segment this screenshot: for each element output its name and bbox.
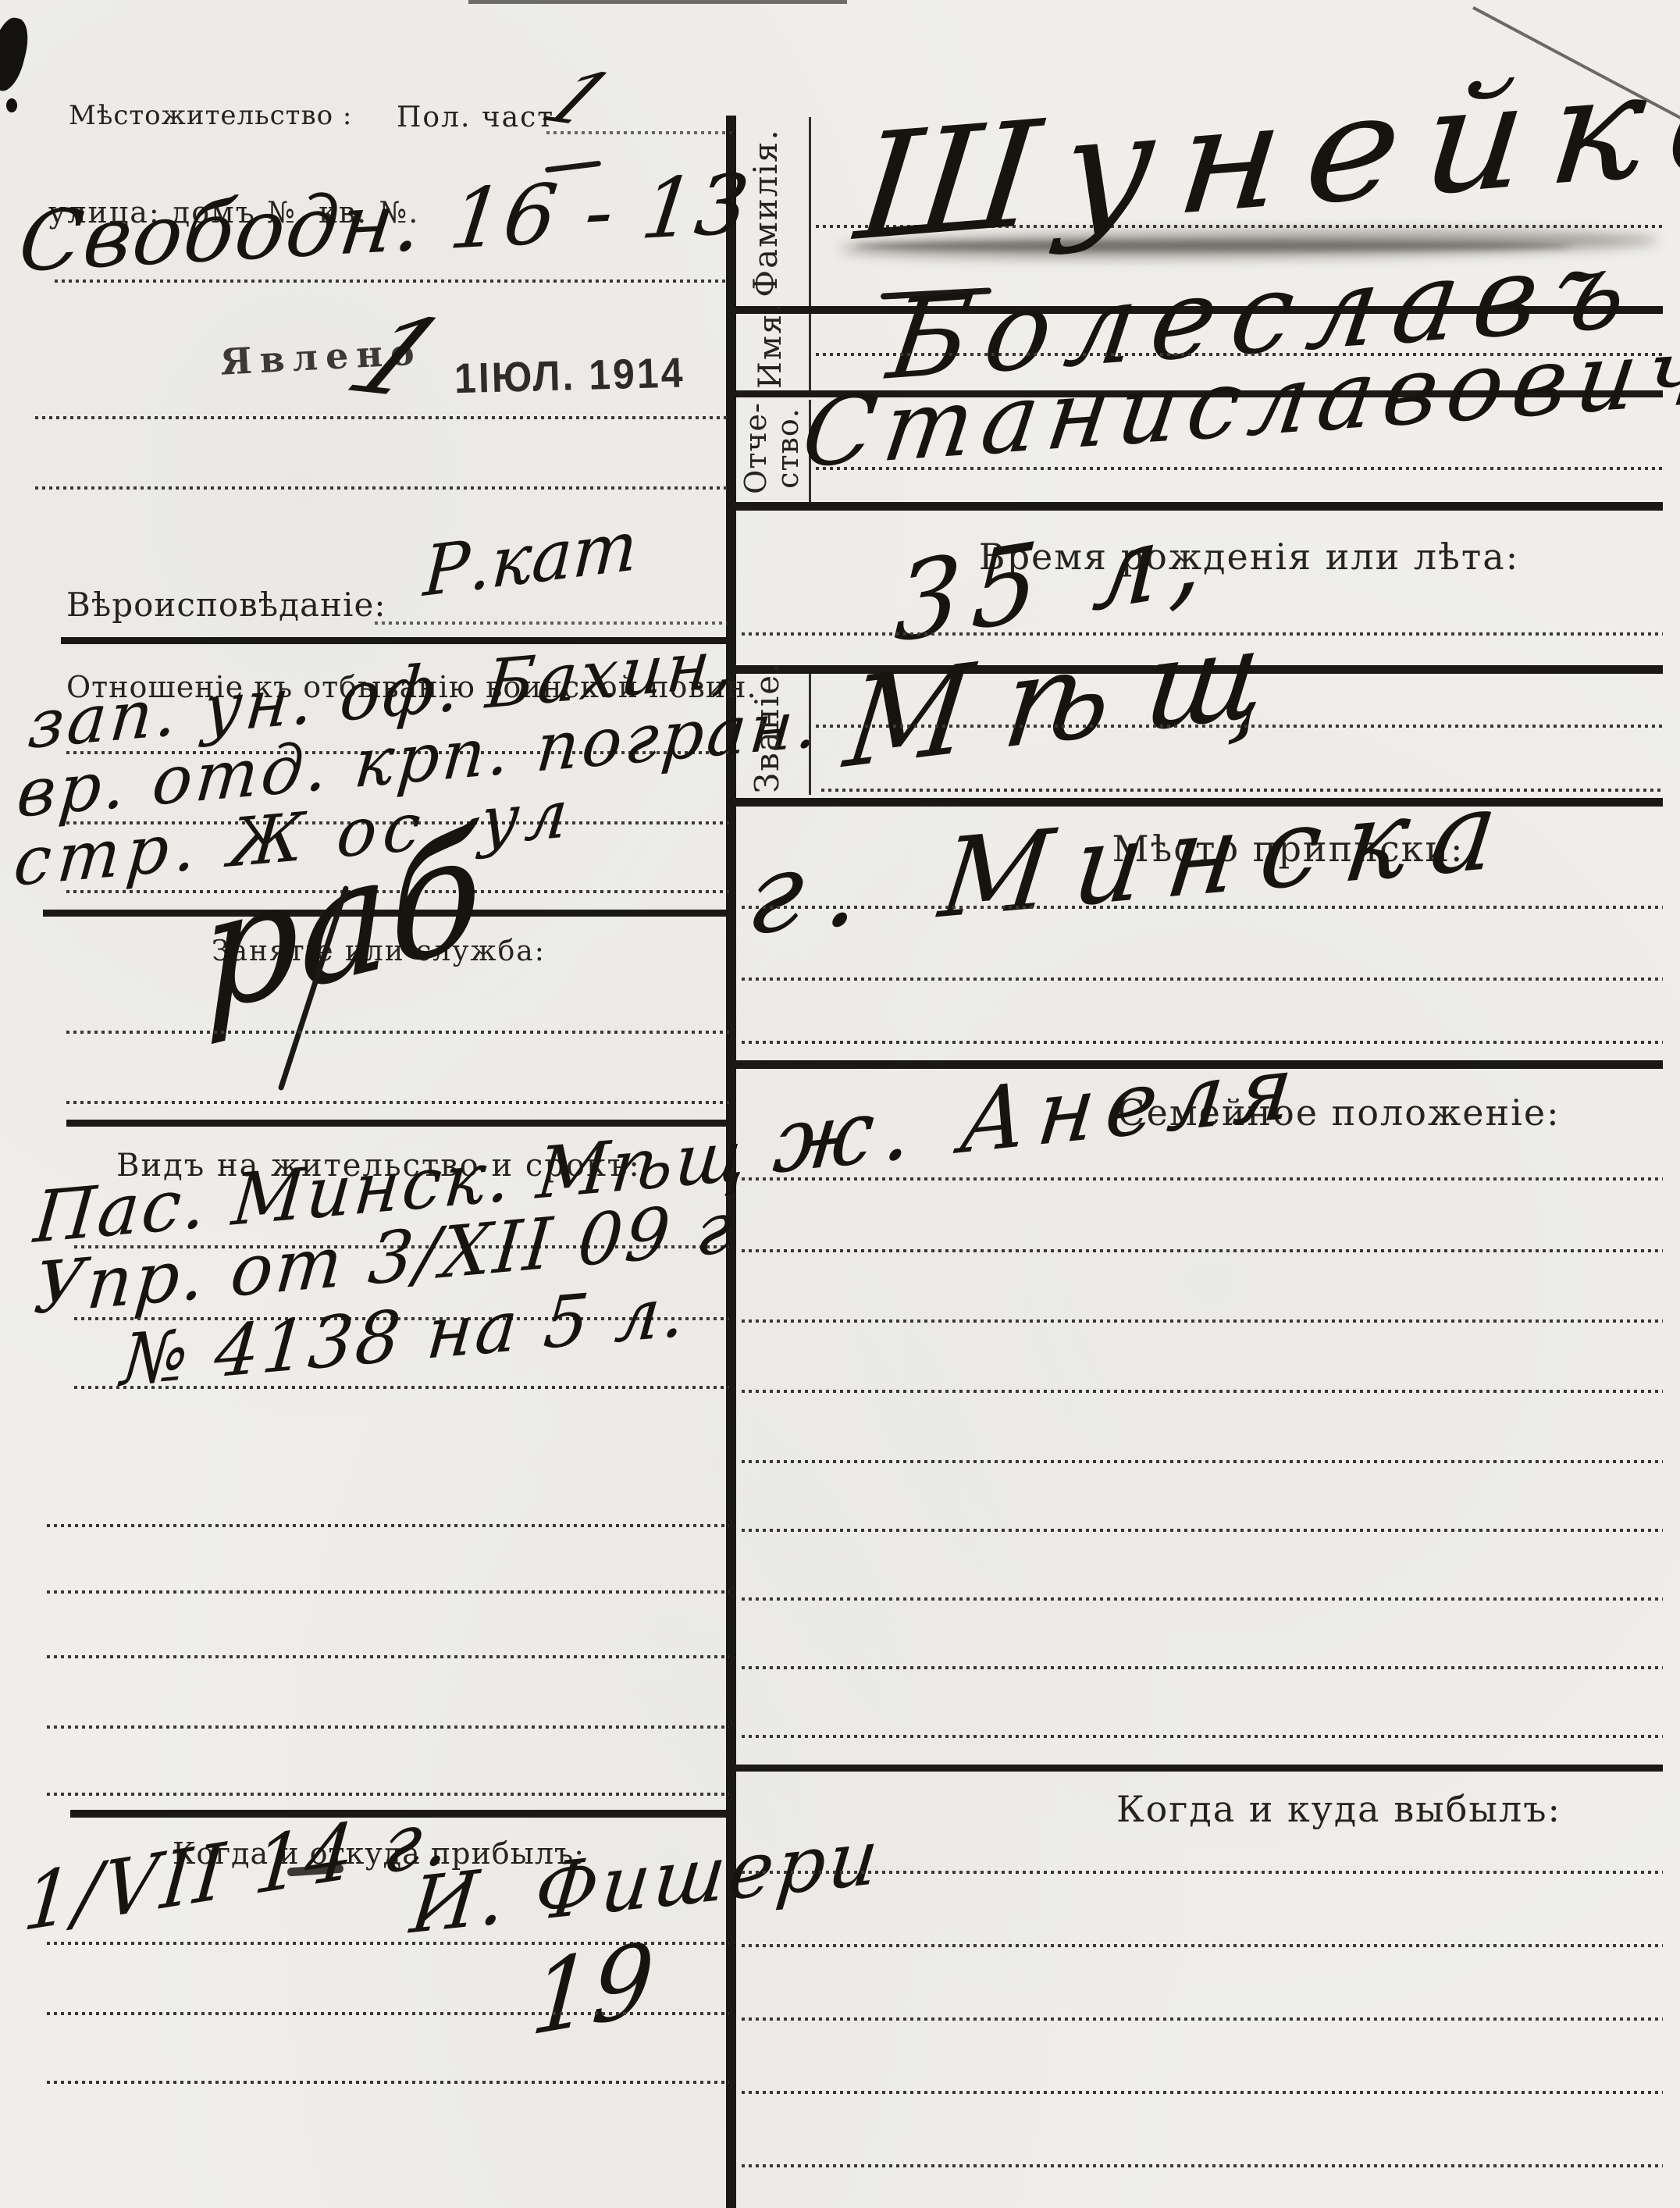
dotted-line (742, 1944, 1663, 1947)
arrived-handwritten-date: 1/VII 14 г. (20, 1797, 455, 1943)
dotted-line (47, 1725, 729, 1729)
police-part-handwritten-value: 1 (529, 61, 626, 136)
residence-label: Мѣстожительство : (69, 100, 352, 131)
dotted-line (742, 1597, 1663, 1601)
dotted-line (55, 280, 728, 283)
dotted-line (742, 978, 1663, 981)
dotted-line (742, 1390, 1663, 1393)
dotted-line (742, 1871, 1663, 1874)
dotted-line (47, 1524, 729, 1527)
section-rule (735, 1765, 1663, 1772)
dotted-line (47, 2081, 729, 2084)
registration-card-scan: Мѣстожительство : Пол. част 1 улица: дом… (0, 0, 1680, 2208)
dotted-line (742, 2164, 1663, 2167)
dotted-line (66, 1101, 729, 1104)
dotted-line (35, 486, 728, 490)
religion-handwritten-value: Р.кат (422, 511, 639, 607)
dotted-line (742, 2017, 1663, 2021)
surname-label: Фамилія. (748, 121, 783, 304)
patronymic-label: Отче- ство. (740, 397, 804, 500)
dotted-line (742, 1735, 1663, 1738)
dotted-line (742, 1177, 1663, 1181)
dotted-line (74, 1386, 729, 1389)
rank-label: Званіе. (749, 671, 785, 793)
dotted-line (816, 725, 1663, 728)
dotted-line (742, 1666, 1663, 1669)
dotted-line (66, 1031, 729, 1034)
dotted-line (47, 1793, 729, 1796)
dotted-line (742, 2091, 1663, 2094)
dotted-line (742, 906, 1663, 909)
dotted-line (742, 1041, 1663, 1044)
fill-in-line (375, 621, 728, 625)
scan-edge-dot (6, 98, 17, 112)
label-strip-line (809, 671, 811, 795)
street-handwritten-value: Свободн. 16 - 13 (15, 163, 755, 284)
dotted-line (35, 416, 728, 419)
stamp-date: 1ІЮЛ. 1914 (454, 348, 685, 403)
dotted-line (742, 1249, 1663, 1252)
dotted-line (742, 1319, 1663, 1323)
dotted-line (742, 1529, 1663, 1532)
dotted-line (47, 1590, 729, 1594)
arrived-handwritten-number: 19 (528, 1928, 657, 2050)
label-strip-line (809, 117, 811, 306)
scan-top-edge-line (468, 0, 847, 4)
surname-handwritten-value: Шунейко (851, 41, 1680, 262)
dotted-line (816, 467, 1663, 470)
dotted-line (742, 1460, 1663, 1463)
dotted-line (47, 2012, 729, 2015)
first-name-label: Имя. (754, 311, 788, 389)
scan-edge-blotch (0, 14, 34, 94)
departed-when-where-label: Когда и куда выбылъ: (949, 1788, 1680, 1830)
religion-label: Вѣроисповѣданіе: (66, 586, 386, 624)
dotted-line (47, 1655, 729, 1658)
